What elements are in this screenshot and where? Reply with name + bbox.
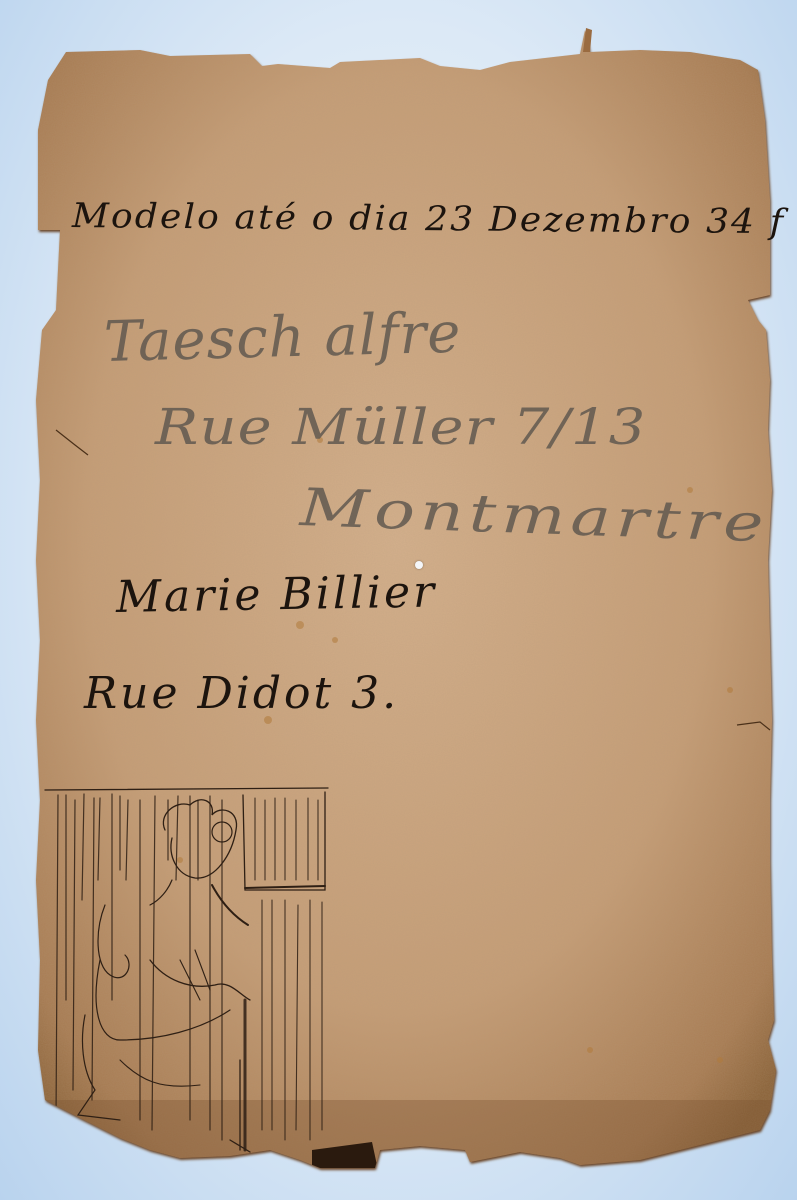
handwritten-line-street: Rue Müller 7/13 <box>155 398 646 456</box>
handwritten-line-name: Taesch alfre <box>103 301 462 375</box>
handwritten-line-model-name: Marie Billier <box>116 566 438 623</box>
document-photo: Modelo até o dia 23 Dezembro 34 f Taesch… <box>0 0 797 1200</box>
handwritten-line-model-date: Modelo até o dia 23 Dezembro 34 f <box>72 196 786 242</box>
handwritten-line-model-address: Rue Didot 3. <box>84 668 399 719</box>
